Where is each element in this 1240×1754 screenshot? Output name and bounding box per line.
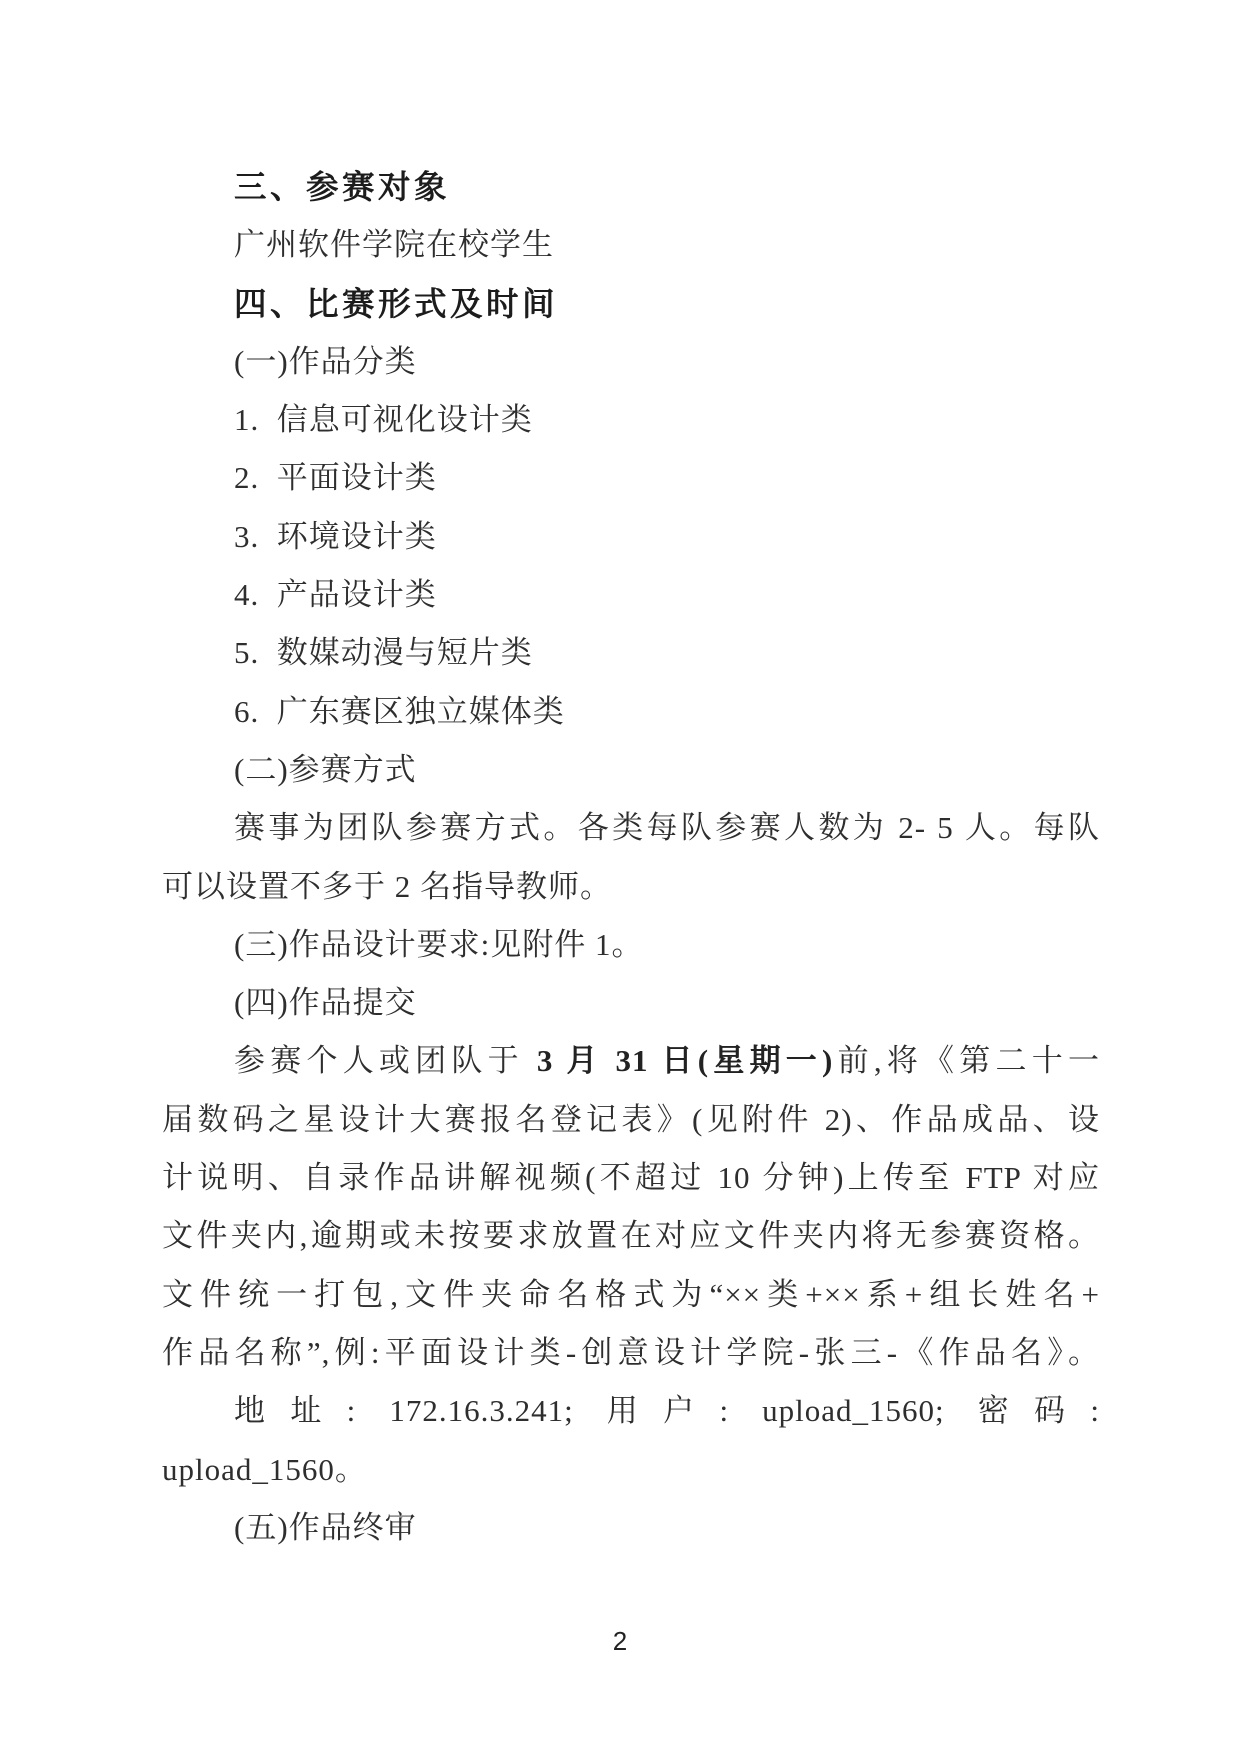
paragraph-line: 文件统一打包,文件夹命名格式为“××类+××系+组长姓名+ [162, 1266, 1100, 1324]
section-heading-3: 三、参赛对象 [162, 158, 1100, 216]
paragraph-line: 可以设置不多于 2 名指导教师。 [162, 858, 1100, 916]
list-item-4: 4. 产品设计类 [162, 566, 1100, 624]
paragraph-line: 参赛个人或团队于 3 月 31 日(星期一)前,将《第二十一 [162, 1032, 1100, 1090]
paragraph-line: 计说明、自录作品讲解视频(不超过 10 分钟)上传至 FTP 对应 [162, 1149, 1100, 1207]
text-run: 参赛个人或团队于 [234, 1043, 537, 1078]
subsection-heading-1: (一)作品分类 [162, 333, 1100, 391]
text-run: 前,将《第二十一 [833, 1043, 1100, 1078]
list-item-5: 5. 数媒动漫与短片类 [162, 624, 1100, 682]
subsection-heading-3: (三)作品设计要求:见附件 1。 [162, 916, 1100, 974]
paragraph-line: 广州软件学院在校学生 [162, 216, 1100, 274]
subsection-heading-4: (四)作品提交 [162, 974, 1100, 1032]
list-item-3: 3. 环境设计类 [162, 508, 1100, 566]
paragraph-line: 文件夹内,逾期或未按要求放置在对应文件夹内将无参赛资格。 [162, 1207, 1100, 1265]
ftp-password-line: upload_1560。 [162, 1441, 1100, 1499]
paragraph-line: 赛事为团队参赛方式。各类每队参赛人数为 2- 5 人。每队 [162, 799, 1100, 857]
paragraph-line: 作品名称”,例:平面设计类-创意设计学院-张三-《作品名》。 [162, 1324, 1100, 1382]
list-item-6: 6. 广东赛区独立媒体类 [162, 683, 1100, 741]
document-page: 三、参赛对象 广州软件学院在校学生 四、比赛形式及时间 (一)作品分类 1. 信… [0, 0, 1240, 1754]
document-content: 三、参赛对象 广州软件学院在校学生 四、比赛形式及时间 (一)作品分类 1. 信… [162, 158, 1100, 1557]
subsection-heading-2: (二)参赛方式 [162, 741, 1100, 799]
paragraph-line: 届数码之星设计大赛报名登记表》(见附件 2)、作品成品、设 [162, 1091, 1100, 1149]
section-heading-4: 四、比赛形式及时间 [162, 275, 1100, 333]
page-number: 2 [0, 1626, 1240, 1657]
deadline-bold-text: 3 月 31 日(星期一) [537, 1043, 834, 1078]
ftp-credentials-line: 地址: 172.16.3.241; 用户: upload_1560; 密码: [162, 1382, 1100, 1440]
list-item-1: 1. 信息可视化设计类 [162, 391, 1100, 449]
subsection-heading-5: (五)作品终审 [162, 1499, 1100, 1557]
list-item-2: 2. 平面设计类 [162, 449, 1100, 507]
